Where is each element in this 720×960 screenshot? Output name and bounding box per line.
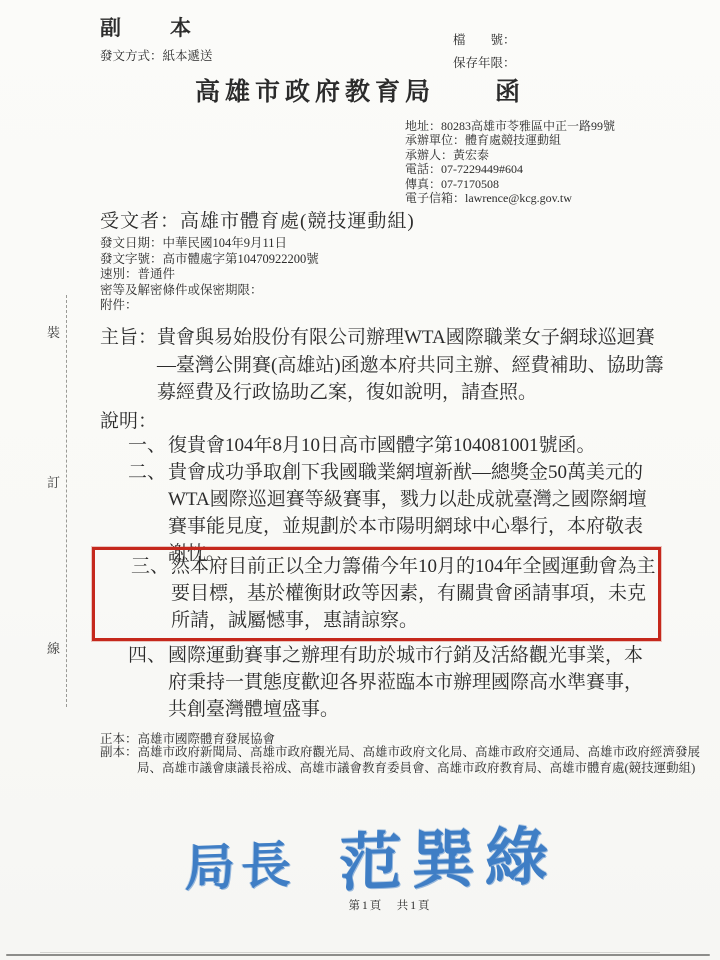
scanned-official-letter: { "colors": { "highlight-red": "#c5281c"…: [0, 0, 720, 960]
red-highlight-box: 三、 然本府目前正以全力籌備今年10月的104年全國運動會為主要目標，基於權衡財…: [92, 547, 661, 641]
contact-person: 承辦人：黃宏泰: [405, 148, 615, 162]
issue-date: 發文日期：中華民國104年9月11日: [100, 236, 319, 252]
scan-bottom-edge-artifact: [6, 954, 710, 956]
contact-address: 地址：80283高雄市苓雅區中正一路99號: [405, 119, 615, 133]
delivery-method: 發文方式：紙本遞送: [100, 46, 213, 64]
signature-block: 局長 范巽綠: [184, 805, 558, 909]
issue-number: 發文字號：高市體處字第10470922200號: [100, 252, 319, 268]
scan-bottom-edge-artifact-light: [40, 952, 660, 953]
explanation-item-4: 四、 國際運動賽事之辦理有助於城市行銷及活絡觀光事業，本府秉持一貫態度歡迎各界蒞…: [128, 642, 658, 723]
attachment-label: 附件：: [100, 298, 319, 314]
item-4-text: 國際運動賽事之辦理有助於城市行銷及活絡觀光事業，本府秉持一貫態度歡迎各界蒞臨本市…: [168, 642, 658, 723]
contact-unit: 承辦單位：體育處競技運動組: [405, 133, 615, 147]
security-class: 密等及解密條件或保密期限：: [100, 283, 319, 299]
subject-text: 貴會與易始股份有限公司辦理WTA國際職業女子網球巡迴賽—臺灣公開賽(高雄站)函邀…: [157, 324, 669, 407]
copy-recipients-list: 高雄市政府新聞局、高雄市政府觀光局、高雄市政府文化局、高雄市政府交通局、高雄市政…: [137, 745, 700, 775]
document-title: 高雄市政府教育局 函: [0, 72, 720, 108]
signature-title: 局長: [184, 824, 297, 900]
retention-period-label: 保存年限：: [453, 53, 516, 71]
binding-mark-xian: 線: [47, 638, 60, 657]
page-number-footer: 第1頁 共1頁: [0, 897, 720, 913]
signature-name-handwritten: 范巽綠: [338, 805, 558, 904]
copy-recipients-label: 副本：: [100, 745, 138, 759]
item-1-text: 復貴會104年8月10日高市國體字第104081001號函。: [168, 432, 658, 459]
copy-recipients: 副本：高雄市政府新聞局、高雄市政府觀光局、高雄市政府文化局、高雄市政府交通局、高…: [100, 745, 709, 776]
file-number-label: 檔 號：: [453, 30, 516, 48]
item-4-number: 四、: [128, 642, 168, 723]
contact-email: 電子信箱：lawrence@kcg.gov.tw: [405, 191, 615, 205]
item-3-number: 三、: [131, 553, 171, 634]
explanation-label: 說明：: [100, 406, 157, 433]
item-3-text: 然本府目前正以全力籌備今年10月的104年全國運動會為主要目標，基於權衡財政等因…: [171, 553, 658, 634]
binding-mark-ding: 訂: [47, 472, 60, 491]
binding-mark-zhuang: 裝: [47, 322, 60, 341]
contact-phone: 電話：07-7229449#604: [405, 162, 615, 176]
binding-dashed-line: [66, 295, 67, 707]
subject-block: 主旨： 貴會與易始股份有限公司辦理WTA國際職業女子網球巡迴賽—臺灣公開賽(高雄…: [100, 324, 655, 407]
speed-class: 速別：普通件: [100, 267, 319, 283]
contact-fax: 傳真：07-7170508: [405, 177, 615, 191]
explanation-item-1: 一、 復貴會104年8月10日高市國體字第104081001號函。: [128, 432, 658, 459]
item-1-number: 一、: [128, 432, 168, 459]
subject-label: 主旨：: [100, 324, 157, 352]
recipient-line: 受文者：高雄市體育處(競技運動組): [100, 206, 415, 233]
copy-stamp: 副 本: [100, 12, 205, 42]
contact-block: 地址：80283高雄市苓雅區中正一路99號 承辦單位：體育處競技運動組 承辦人：…: [405, 119, 615, 205]
document-meta-block: 發文日期：中華民國104年9月11日 發文字號：高市體處字第1047092220…: [100, 236, 319, 314]
explanation-item-3-highlighted: 三、 然本府目前正以全力籌備今年10月的104年全國運動會為主要目標，基於權衡財…: [131, 553, 658, 634]
